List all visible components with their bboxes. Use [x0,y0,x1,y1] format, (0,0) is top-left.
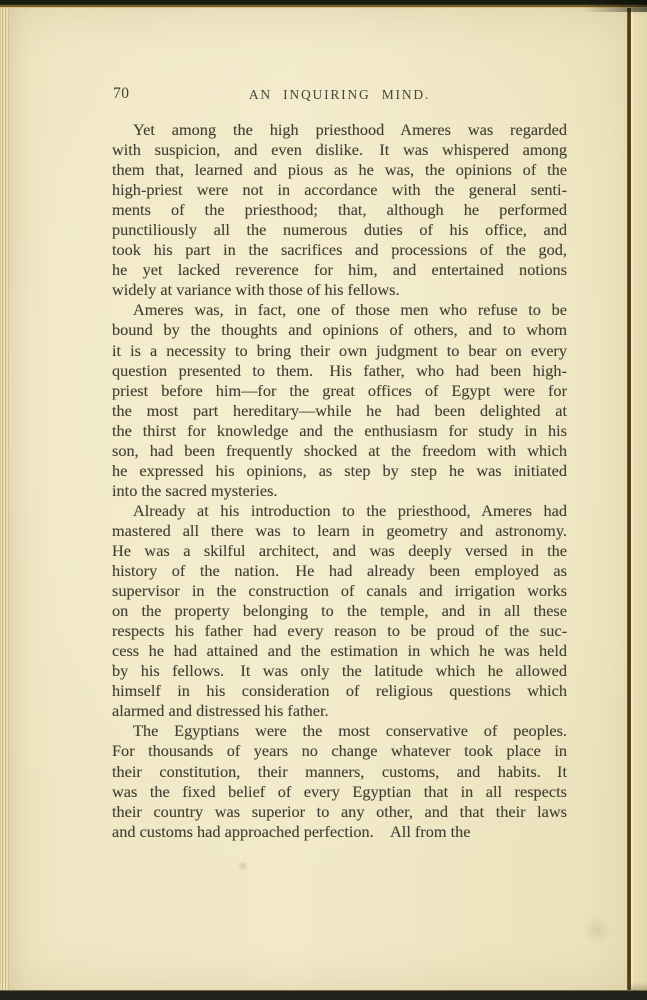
text-line: Yet among the high priesthood Ameres was… [112,120,567,140]
text-line: their constitution, their manners, custo… [112,762,567,782]
text-line: alarmed and distressed his father. [112,701,567,721]
paragraph: Already at his introduction to the pries… [112,501,567,722]
text-block: Yet among the high priesthood Ameres was… [112,120,567,842]
page-header: 70 AN INQUIRING MIND. [112,85,567,105]
text-line: supervisor in the construction of canals… [112,581,567,601]
text-line: Ameres was, in fact, one of those men wh… [112,300,567,320]
text-line: bound by the thoughts and opinions of ot… [112,320,567,340]
text-line: on the property belonging to the temple,… [112,601,567,621]
text-line: himself in his consideration of religiou… [112,681,567,701]
text-line: the thirst for knowledge and the enthusi… [112,421,567,441]
text-line: question presented to them. His father, … [112,361,567,381]
text-line: cess he had attained and the estimation … [112,641,567,661]
text-line: punctiliously all the numerous duties of… [112,220,567,240]
text-line: into the sacred mysteries. [112,481,567,501]
text-line: son, had been frequently shocked at the … [112,441,567,461]
paragraph: Ameres was, in fact, one of those men wh… [112,300,567,500]
text-line: it is a necessity to bring their own jud… [112,341,567,361]
paper-stain [237,862,249,870]
bottom-scan-edge [0,988,647,1000]
text-line: them that, learned and pious as he was, … [112,160,567,180]
text-line: was the fixed belief of every Egyptian t… [112,782,567,802]
text-line: high-priest were not in accordance with … [112,180,567,200]
text-line: took his part in the sacrifices and proc… [112,240,567,260]
right-fore-edge-strip [631,0,647,1000]
paragraph: The Egyptians were the most conservative… [112,721,567,841]
text-line: he yet lacked reverence for him, and ent… [112,260,567,280]
text-line: by his fellows. It was only the latitude… [112,661,567,681]
text-line: and customs had approached perfection. A… [112,822,567,842]
right-page-edge-line [627,0,631,994]
paper-stain [582,915,612,945]
running-title: AN INQUIRING MIND. [112,87,567,103]
text-line: ments of the priesthood; that, although … [112,200,567,220]
text-line: respects his father had every reason to … [112,621,567,641]
left-page-edges [0,7,12,990]
text-line: with suspicion, and even dislike. It was… [112,140,567,160]
text-line: he expressed his opinions, as step by st… [112,461,567,481]
text-line: the most part hereditary—while he had be… [112,401,567,421]
text-line: For thousands of years no change whateve… [112,741,567,761]
text-line: Already at his introduction to the pries… [112,501,567,521]
text-line: The Egyptians were the most conservative… [112,721,567,741]
text-line: widely at variance with those of his fel… [112,280,567,300]
text-line: He was a skilful architect, and was deep… [112,541,567,561]
text-line: mastered all there was to learn in geome… [112,521,567,541]
book-page-scan: 70 AN INQUIRING MIND. Yet among the high… [0,0,647,1000]
text-line: history of the nation. He had already be… [112,561,567,581]
text-line: priest before him—for the great offices … [112,381,567,401]
paragraph: Yet among the high priesthood Ameres was… [112,120,567,300]
top-scan-edge [0,0,647,12]
text-line: their country was superior to any other,… [112,802,567,822]
